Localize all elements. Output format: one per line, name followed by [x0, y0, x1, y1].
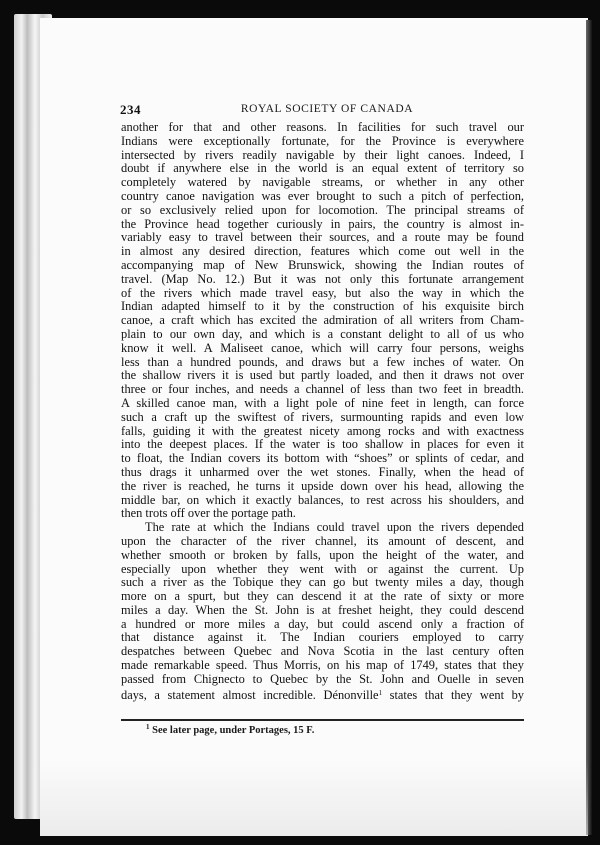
footnote: 1 See later page, under Portages, 15 F.: [146, 723, 314, 736]
text-line: despatches between Quebec and Nova Scoti…: [121, 645, 524, 659]
text-line: to float, the Indian covers its bottom w…: [121, 452, 524, 466]
body-text: another for that and other reasons. In f…: [121, 121, 524, 702]
text-line: falls, guiding it with the greatest nice…: [121, 425, 524, 439]
text-line: thus drags it unharmed over the wet ston…: [121, 466, 524, 480]
text-line: variably easy to travel between their so…: [121, 231, 524, 245]
text-line: whether smooth or broken by falls, upon …: [121, 549, 524, 563]
text-line: of the rivers which made travel easy, bu…: [121, 287, 524, 301]
text-line: doubt if anywhere else in the world is a…: [121, 162, 524, 176]
text-line: Indians were exceptionally fortunate, fo…: [121, 135, 524, 149]
text-line: canoe, a craft which has excited the adm…: [121, 314, 524, 328]
text-line: travel. (Map No. 12.) But it was not onl…: [121, 273, 524, 287]
text-line: plain to our own day, and which is a con…: [121, 328, 524, 342]
text-line: miles a day. When the St. John is at fre…: [121, 604, 524, 618]
text-line: such a river as the Tobique they can go …: [121, 576, 524, 590]
text-line: intersected by rivers readily navigable …: [121, 149, 524, 163]
text-span: states that they went by: [382, 688, 524, 702]
page-binding-shadow: [586, 20, 592, 835]
text-line: that distance against it. The Indian cou…: [121, 631, 524, 645]
text-line: The rate at which the Indians could trav…: [121, 521, 524, 535]
text-line: country canoe navigation was ever brough…: [121, 190, 524, 204]
text-line: especially upon whether they went with o…: [121, 563, 524, 577]
page-bottom-texture: [40, 760, 588, 836]
text-line: passed from Chignecto to Quebec by the S…: [121, 673, 524, 687]
footnote-divider: [121, 719, 524, 721]
text-line-with-footnote-ref: days, a statement almost incredible. Dén…: [121, 687, 524, 703]
footnote-text: See later page, under Portages, 15 F.: [150, 725, 315, 736]
text-line: then trots off over the portage path.: [121, 507, 524, 521]
text-line: in almost any desired direction, feature…: [121, 245, 524, 259]
text-line: or so exclusively relied upon for locomo…: [121, 204, 524, 218]
text-line: the river is reached, he turns it upside…: [121, 480, 524, 494]
text-line: more on a spurt, but they can descend it…: [121, 590, 524, 604]
text-line: into the deepest places. If the water is…: [121, 438, 524, 452]
paragraph-1: another for that and other reasons. In f…: [121, 121, 524, 521]
text-line: upon the character of the river channel,…: [121, 535, 524, 549]
text-span: days, a statement almost incredible. Dén…: [121, 688, 379, 702]
paragraph-2: The rate at which the Indians could trav…: [121, 521, 524, 687]
text-line: middle bar, on which it exactly balances…: [121, 494, 524, 508]
text-line: know it well. A Maliseet canoe, which wi…: [121, 342, 524, 356]
running-head: ROYAL SOCIETY OF CANADA: [120, 103, 522, 115]
text-line: the shallow rivers it is used but partly…: [121, 369, 524, 383]
text-line: accompanying map of New Brunswick, showi…: [121, 259, 524, 273]
text-line: A skilled canoe man, with a light pole o…: [121, 397, 524, 411]
text-line: less than a hundred pounds, and draws bu…: [121, 356, 524, 370]
text-line: three or four inches, and needs a channe…: [121, 383, 524, 397]
text-line: such a craft up the swiftest of rivers, …: [121, 411, 524, 425]
text-line: another for that and other reasons. In f…: [121, 121, 524, 135]
text-line: made remarkable speed. Thus Morris, on h…: [121, 659, 524, 673]
text-line: the Province head together curiously in …: [121, 218, 524, 232]
text-line: Indian adapted himself to it by the cons…: [121, 300, 524, 314]
page-header: 234 ROYAL SOCIETY OF CANADA: [120, 102, 522, 118]
text-line: completely watered by navigable streams,…: [121, 176, 524, 190]
text-line: a hundred or more miles a day, but could…: [121, 618, 524, 632]
